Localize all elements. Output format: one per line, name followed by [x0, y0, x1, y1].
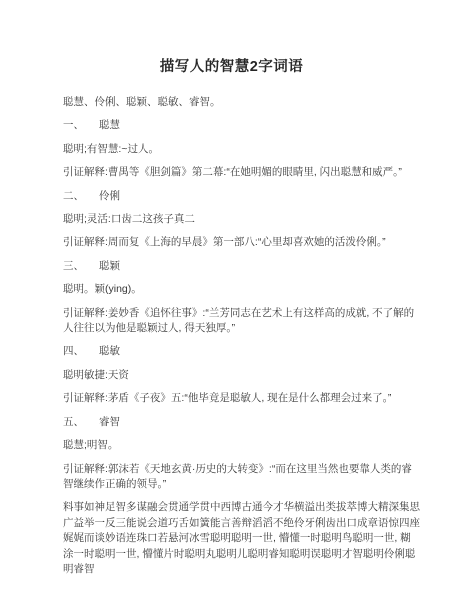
section-3-number: 三、 — [63, 259, 84, 274]
page-title: 描写人的智慧2字词语 — [53, 57, 410, 77]
section-4-term: 聪敏 — [99, 345, 120, 357]
section-4-heading: 四、聪敏 — [63, 344, 420, 359]
section-5-definition: 聪慧;明智。 — [63, 438, 420, 453]
section-2-term: 伶俐 — [99, 190, 120, 202]
section-1-definition: 聪明;有智慧:~过人。 — [63, 142, 420, 157]
section-5-term: 睿智 — [99, 416, 120, 428]
section-2-citation: 引证解释:周而复《上海的早晨》第一部八:“心里却喜欢她的活泼伶俐。” — [63, 235, 420, 250]
section-5-number: 五、 — [63, 415, 84, 430]
section-1-citation: 引证解释:曹禺等《胆剑篇》第二幕:“在她明媚的眼睛里, 闪出聪慧和威严。” — [63, 165, 420, 180]
section-2-number: 二、 — [63, 189, 84, 204]
section-3-definition: 聪明。颖(ying)。 — [63, 282, 420, 297]
section-5-citation: 引证解释:郭沫若《天地玄黄·历史的大转变》:“而在这里当然也要靠人类的睿智继续作… — [63, 462, 420, 493]
related-idioms-paragraph: 料事如神足智多谋融会贯通学贯中西博古通今才华横溢出类拔萃博大精深集思广益举一反三… — [63, 500, 420, 577]
section-4-citation: 引证解释:茅盾《子夜》五:“他毕竟是聪敏人, 现在是什么都理会过来了。” — [63, 391, 420, 406]
section-5-heading: 五、睿智 — [63, 415, 420, 430]
section-2-definition: 聪明;灵活:口齿二这孩子真二 — [63, 212, 420, 227]
document-page: 描写人的智慧2字词语 聪慧、伶俐、聪颖、聪敏、睿智。 一、聪慧 聪明;有智慧:~… — [0, 0, 463, 600]
section-4-definition: 聪明敏捷:天资 — [63, 368, 420, 383]
section-1-number: 一、 — [63, 118, 84, 133]
section-3-term: 聪颖 — [99, 260, 120, 272]
intro-line: 聪慧、伶俐、聪颖、聪敏、睿智。 — [63, 95, 420, 110]
section-4-number: 四、 — [63, 344, 84, 359]
section-1-heading: 一、聪慧 — [63, 118, 420, 133]
section-3-heading: 三、聪颖 — [63, 259, 420, 274]
section-2-heading: 二、伶俐 — [63, 189, 420, 204]
section-1-term: 聪慧 — [99, 119, 120, 131]
section-3-citation: 引证解释:姜妙香《追怀往事》:“兰芳同志在艺术上有这样高的成就, 不了解的人往往… — [63, 306, 420, 337]
